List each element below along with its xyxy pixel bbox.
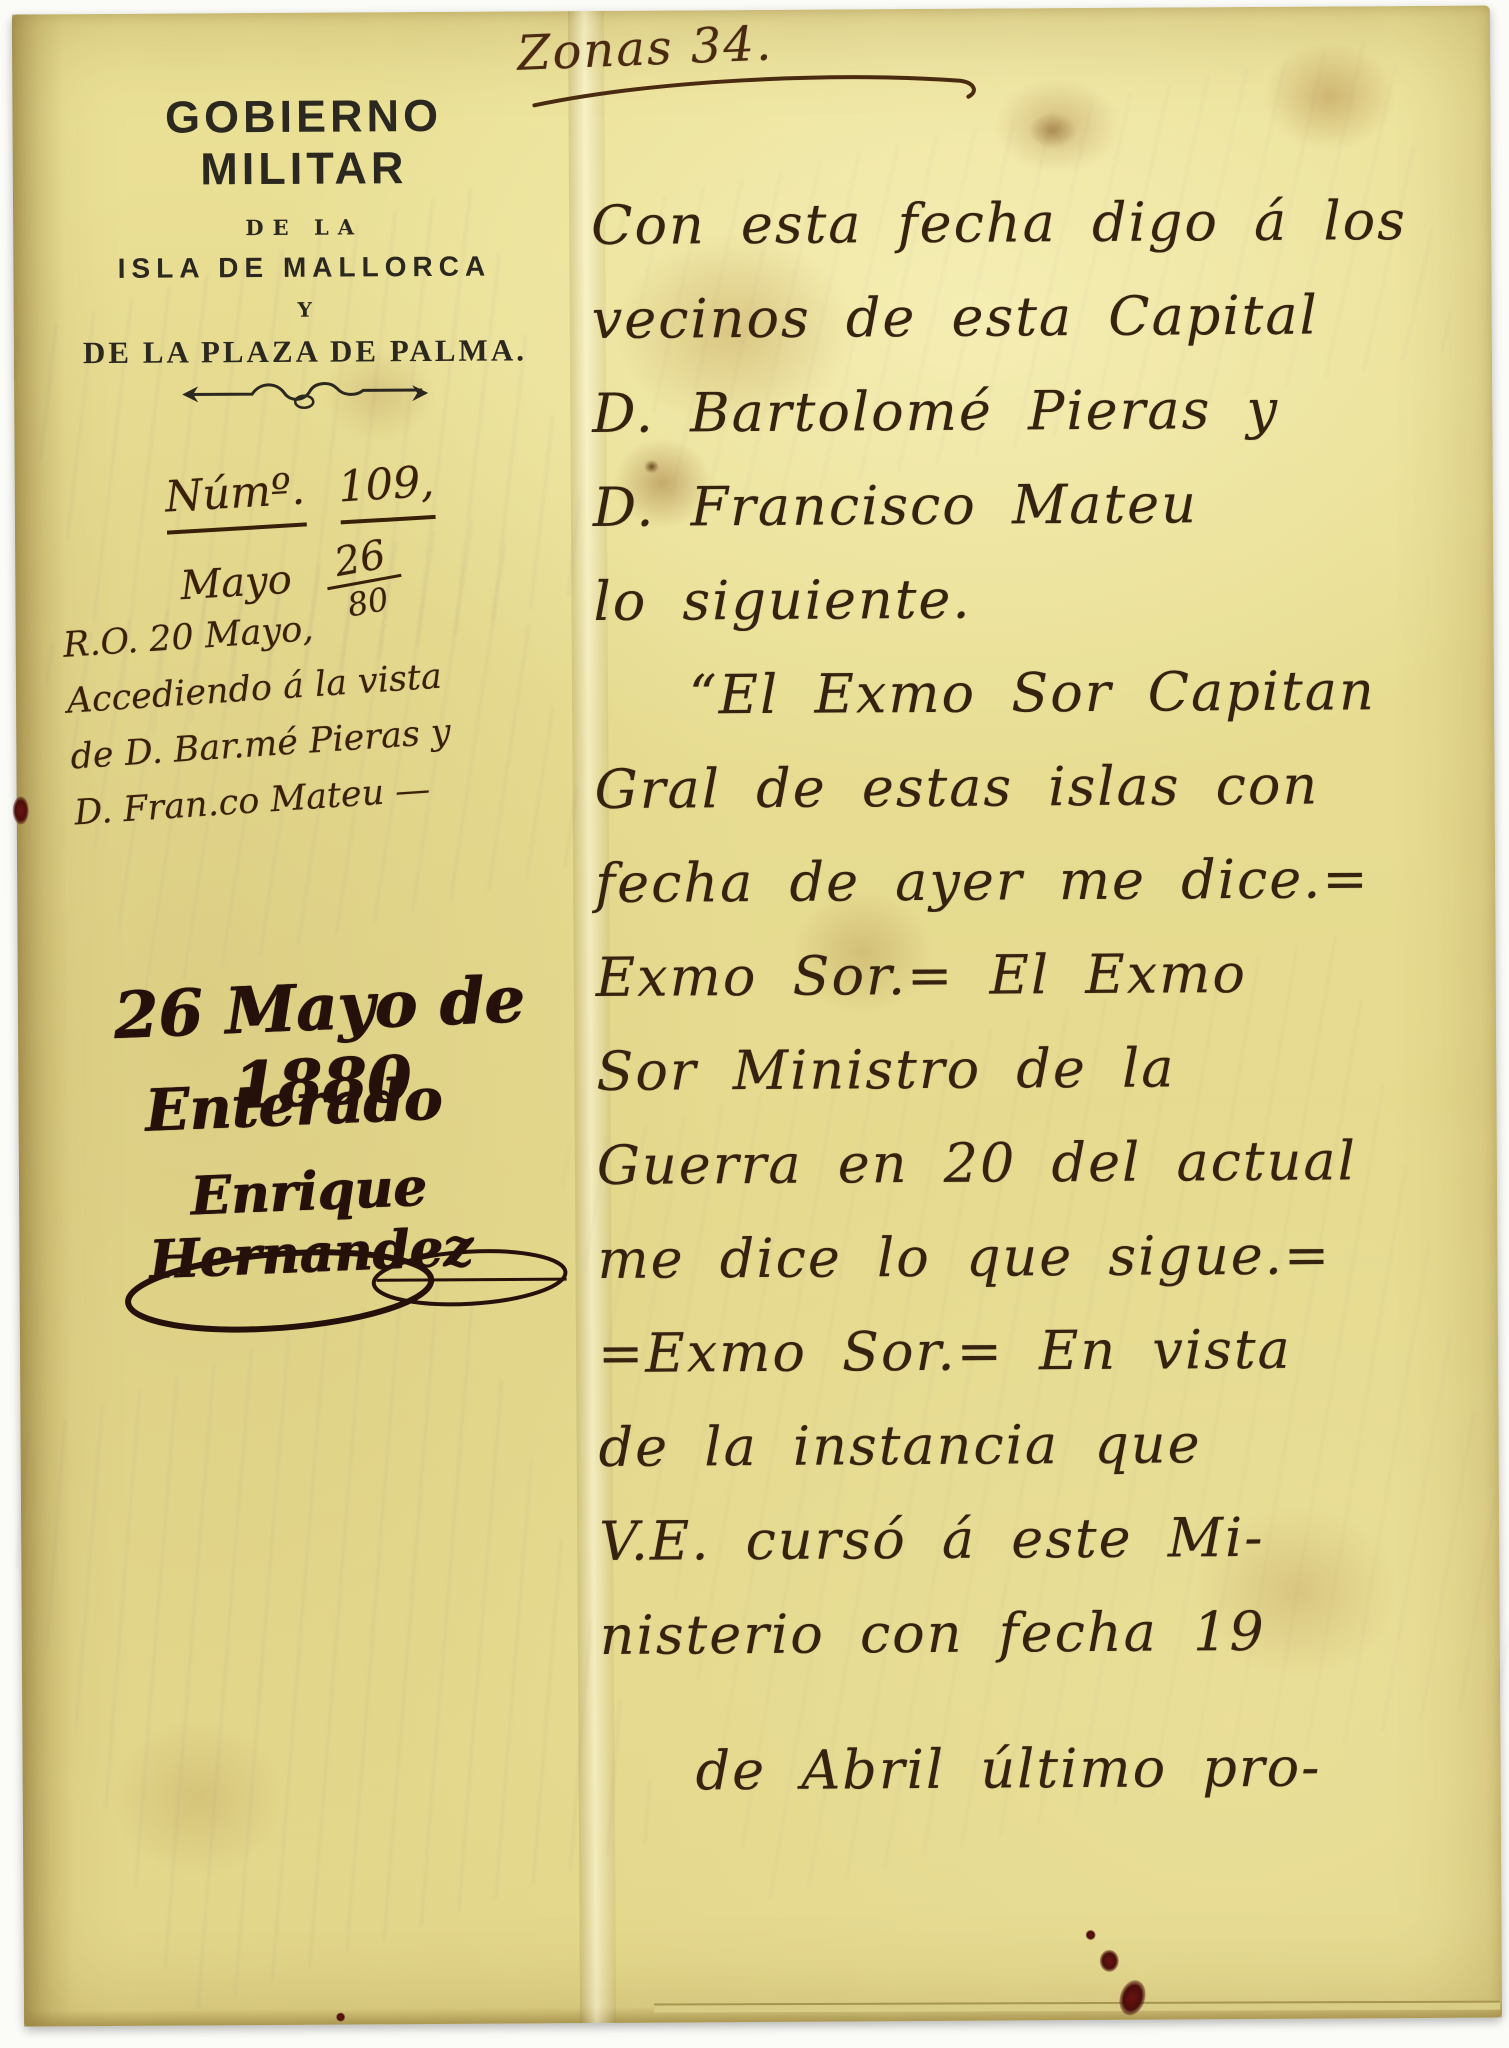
letter-line: fecha de ayer me dice.= bbox=[595, 831, 1496, 930]
wax-seal-spot bbox=[1100, 1950, 1119, 1972]
ornament-divider-icon bbox=[180, 375, 430, 413]
registry-date-day: 26 bbox=[320, 532, 402, 590]
letterhead-dela: DE LA bbox=[58, 213, 550, 241]
document-page: Zonas 34. GOBIERNO MILITAR DE LA ISLA DE… bbox=[12, 6, 1502, 2027]
stain bbox=[972, 63, 1143, 189]
letter-line: Con esta fecha digo á los bbox=[591, 174, 1492, 273]
stain bbox=[1237, 21, 1423, 172]
letter-line: de la instancia que bbox=[598, 1395, 1499, 1494]
letter-line: D. Bartolomé Pieras y bbox=[592, 361, 1493, 460]
letter-line: =Exmo Sor.= En vista bbox=[598, 1301, 1499, 1400]
wax-seal-spot bbox=[13, 796, 29, 824]
registry-number: Númº. 109, bbox=[164, 457, 436, 523]
letter-line: Gral de estas islas con bbox=[594, 737, 1495, 836]
letter-line: me dice lo que sigue.= bbox=[597, 1207, 1498, 1306]
letter-line: de Abril último pro- bbox=[600, 1719, 1501, 1818]
letter-line: D. Francisco Mateu bbox=[593, 455, 1494, 554]
letterhead: GOBIERNO MILITAR DE LA ISLA DE MALLORCA … bbox=[57, 89, 551, 418]
letterhead-y: Y bbox=[59, 296, 551, 323]
marginal-note: R.O. 20 Mayo, Accediendo á la vista de D… bbox=[61, 584, 585, 842]
registry-number-value: 109, bbox=[337, 457, 436, 524]
letter-line: “El Exmo Sor Capitan bbox=[594, 643, 1495, 742]
letter-line: vecinos de esta Capital bbox=[591, 267, 1492, 366]
letterhead-flourish bbox=[59, 374, 551, 418]
letter-line: Sor Ministro de la bbox=[596, 1019, 1497, 1118]
signature-flourish-icon bbox=[114, 1239, 575, 1342]
registry-date-month: Mayo bbox=[179, 557, 293, 609]
letter-line: lo siguiente. bbox=[593, 549, 1494, 648]
signature-flourish bbox=[114, 1239, 575, 1347]
top-annotation-underline bbox=[532, 69, 982, 121]
letter-line: V.E. cursó á este Mi- bbox=[599, 1489, 1500, 1588]
wax-seal-spot bbox=[1086, 1930, 1096, 1940]
letter-line: nisterio con fecha 19 bbox=[599, 1583, 1500, 1682]
stain bbox=[82, 1693, 313, 1904]
registry-number-label: Númº. bbox=[164, 465, 307, 535]
wax-seal-spot bbox=[336, 2013, 345, 2022]
flourish-underline-icon bbox=[532, 69, 982, 116]
letter-line: Guerra en 20 del actual bbox=[597, 1113, 1498, 1212]
letter-line: Exmo Sor.= El Exmo bbox=[595, 925, 1496, 1024]
letterhead-isla: ISLA DE MALLORCA bbox=[58, 250, 550, 285]
stain bbox=[1022, 108, 1082, 153]
letterhead-plaza: DE LA PLAZA DE PALMA. bbox=[59, 332, 551, 371]
letterhead-title: GOBIERNO MILITAR bbox=[57, 89, 550, 196]
letter-body: Con esta fecha digo á los vecinos de est… bbox=[591, 174, 1501, 1819]
bleed-through-text bbox=[0, 1271, 670, 2014]
